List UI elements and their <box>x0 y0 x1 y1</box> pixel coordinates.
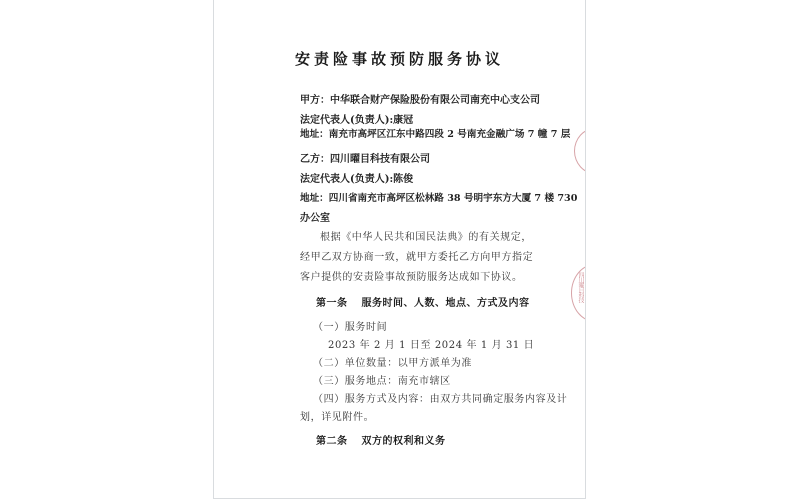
party-b-representative: 法定代表人(负责人):陈俊 <box>300 174 413 186</box>
article-1-item-2: （二）单位数量：以甲方派单为准 <box>313 354 472 369</box>
article-1-item-1: （一）服务时间 <box>313 318 387 333</box>
party-a-representative: 法定代表人(负责人):康冠 <box>300 115 413 127</box>
article-1-heading: 第一条服务时间、人数、地点、方式及内容 <box>316 294 530 309</box>
seal-stamp-top <box>574 128 586 174</box>
document-page: 安责险事故预防服务协议 甲方：中华联合财产保险股份有限公司南充中心支公司 法定代… <box>213 0 586 499</box>
article-2-heading: 第二条双方的权利和义务 <box>316 432 446 447</box>
party-a-name: 甲方：中华联合财产保险股份有限公司南充中心支公司 <box>300 95 540 107</box>
article-1-item-4-cont: 划，详见附件。 <box>300 408 374 423</box>
article-1-item-3: （三）服务地点：南充市辖区 <box>313 372 451 387</box>
party-b-address-line2: 办公室 <box>300 213 330 225</box>
document-title: 安责险事故预防服务协议 <box>214 48 585 69</box>
article-2-title: 双方的权利和义务 <box>362 436 446 447</box>
party-b-name: 乙方：四川曜目科技有限公司 <box>300 154 430 166</box>
article-1-title: 服务时间、人数、地点、方式及内容 <box>362 298 530 309</box>
party-a-address: 地址：南充市高坪区江东中路四段 2 号南充金融广场 7 幢 7 层 <box>300 129 570 141</box>
article-1-item-1-detail: 2023 年 2 月 1 日至 2024 年 1 月 31 日 <box>328 336 534 351</box>
article-2-number: 第二条 <box>316 436 348 447</box>
article-1-item-4: （四）服务方式及内容：由双方共同确定服务内容及计 <box>313 390 567 405</box>
article-1-number: 第一条 <box>316 298 348 309</box>
seal-stamp-text: 四川曜目科技 <box>576 272 585 302</box>
party-b-address-line1: 地址：四川省南充市高坪区松林路 38 号明宇东方大厦 7 楼 730 <box>300 193 577 205</box>
preamble-paragraph: 根据《中华人民共和国民法典》的有关规定，经甲乙双方协商一致，就甲方委托乙方向甲方… <box>300 228 542 288</box>
